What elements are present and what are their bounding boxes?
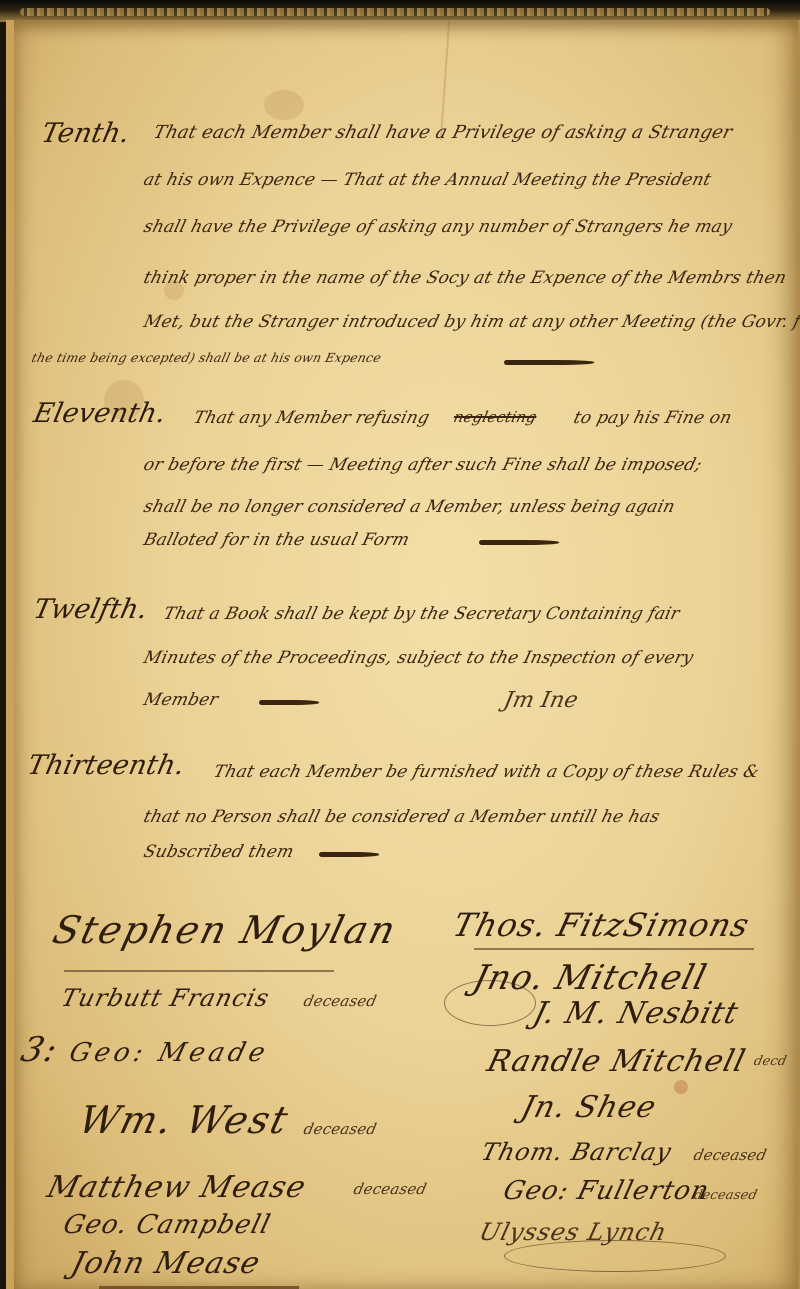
article-thirteenth-line-3: Subscribed them: [142, 842, 296, 862]
struck-word: neglecting: [452, 408, 539, 426]
article-thirteenth-line-2: that no Person shall be considered a Mem…: [142, 807, 662, 827]
signature-underline: [64, 970, 334, 972]
signature-geo-fullerton: Geo: Fullerton: [500, 1176, 712, 1206]
article-ordinal-eleventh: Eleventh.: [31, 398, 169, 429]
signature-randle-mitchell: Randle Mitchell: [484, 1044, 750, 1079]
article-tenth-line-5: Met, but the Stranger introduced by him …: [142, 312, 800, 332]
marginal-initials: Jm Ine: [501, 688, 580, 713]
signature-underline: [474, 948, 754, 950]
signature-note: deceased: [692, 1188, 758, 1203]
paper-stain: [674, 1080, 688, 1094]
paper-stain: [264, 90, 304, 120]
signature-jm-nesbitt: J. M. Nesbitt: [530, 996, 743, 1031]
article-thirteenth-line-1: That each Member be furnished with a Cop…: [212, 762, 762, 782]
signature-jn-shee: Jn. Shee: [518, 1090, 661, 1125]
manuscript-page: Tenth. That each Member shall have a Pri…: [6, 20, 800, 1289]
signature-thos-fitzsimons: Thos. FitzSimons: [449, 906, 753, 944]
signature-note: deceased: [692, 1146, 768, 1164]
signature-note: decd: [752, 1054, 788, 1069]
signature-prefix: 3:: [17, 1030, 62, 1070]
line-end-flourish: [479, 540, 559, 545]
signature-note: deceased: [352, 1180, 428, 1198]
signature-geo-meade: Geo: Meade: [66, 1038, 272, 1068]
signature-stephen-moylan: Stephen Moylan: [49, 908, 402, 952]
signature-matthew-mease: Matthew Mease: [44, 1170, 310, 1205]
signature-john-mease: John Mease: [68, 1246, 265, 1281]
article-ordinal-twelfth: Twelfth.: [31, 594, 151, 625]
signature-turbutt-francis: Turbutt Francis: [59, 984, 273, 1012]
article-eleventh-line-3: shall be no longer considered a Member, …: [142, 497, 678, 517]
article-eleventh-line-4: Balloted for in the usual Form: [142, 530, 412, 550]
article-twelfth-line-3: Member: [142, 690, 221, 710]
article-twelfth-line-2: Minutes of the Proceedings, subject to t…: [142, 648, 696, 668]
book-binding-edge: [0, 0, 800, 22]
article-ordinal-tenth: Tenth.: [39, 118, 133, 149]
article-tenth-line-2: at his own Expence — That at the Annual …: [142, 170, 714, 190]
line-end-flourish: [319, 852, 379, 857]
signature-wm-west: Wm. West: [75, 1098, 294, 1142]
signature-flourish: [504, 1240, 726, 1272]
line-end-flourish: [259, 700, 319, 705]
article-tenth-line-3: shall have the Privilege of asking any n…: [142, 217, 735, 237]
signature-note: deceased: [302, 1120, 378, 1138]
article-twelfth-line-1: That a Book shall be kept by the Secreta…: [162, 604, 682, 624]
article-eleventh-line-1b: to pay his Fine on: [572, 408, 734, 428]
article-tenth-line-4: think proper in the name of the Socy at …: [142, 268, 789, 288]
manuscript-scan: Tenth. That each Member shall have a Pri…: [0, 0, 800, 1289]
signature-note: deceased: [302, 992, 378, 1010]
article-eleventh-line-2: or before the first — Meeting after such…: [142, 455, 704, 475]
line-end-flourish: [504, 360, 594, 365]
article-tenth-line-6: the time being excepted) shall be at his…: [30, 350, 383, 365]
signature-thom-barclay: Thom. Barclay: [479, 1138, 675, 1166]
article-tenth-line-1: That each Member shall have a Privilege …: [151, 122, 734, 143]
article-ordinal-thirteenth: Thirteenth.: [25, 750, 188, 781]
article-eleventh-line-1a: That any Member refusing: [192, 408, 432, 428]
signature-flourish: [444, 980, 536, 1026]
signature-geo-campbell: Geo. Campbell: [60, 1210, 274, 1240]
